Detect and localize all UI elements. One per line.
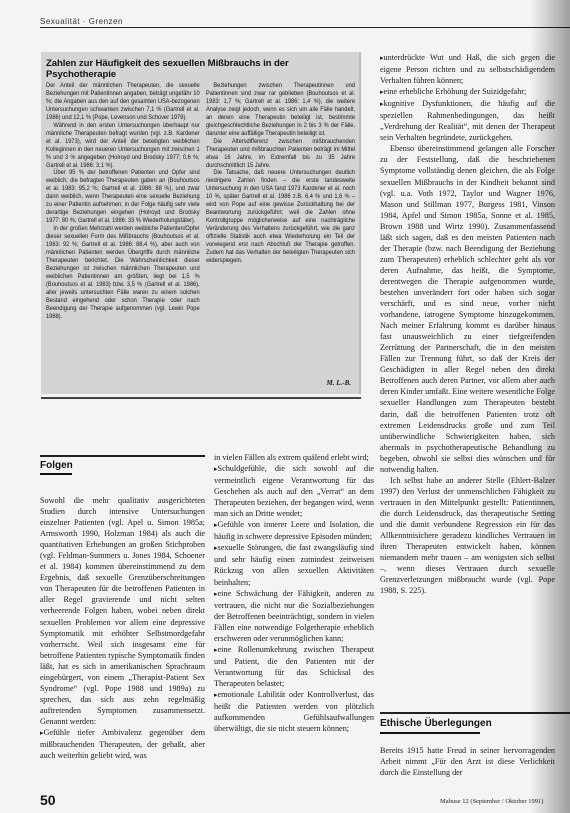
body-paragraph: Ich selbst habe an anderer Stelle (Ehler… <box>380 475 555 597</box>
text-column-3-ethik: Bereits 1915 hatte Freud in seiner hervo… <box>380 745 555 779</box>
section-title-folgen: Folgen <box>40 460 73 471</box>
box-paragraph: Die Altersdifferenz zwischen mißbrauchen… <box>206 138 355 170</box>
statistics-box: Zahlen zur Häufigkeit des sexuellen Mißb… <box>41 52 361 394</box>
box-paragraph: Der Anteil der männlichen Therapeuten, d… <box>46 82 200 122</box>
section-underline <box>380 732 480 734</box>
box-signature: M. L.-B. <box>327 379 352 387</box>
bullet-item: emotionale Labilität oder Kontrollverlus… <box>214 689 374 734</box>
bullet-item: Gefühle von innerer Leere und Isolation,… <box>214 519 374 542</box>
bullet-item: eine erhebliche Erhöhung der Suizidgefah… <box>380 86 555 98</box>
body-paragraph: in vielen Fällen als extrem quälend erle… <box>214 452 374 463</box>
body-paragraph: Ebenso übereinstimmend gelangen alle For… <box>380 143 555 474</box>
box-paragraph: Während in den ersten Untersuchungen übe… <box>46 122 200 170</box>
header-rule <box>40 27 570 28</box>
bullet-item: Gefühle tiefer Ambivalenz gegenüber dem … <box>40 727 205 761</box>
box-paragraph: Beziehungen zwischen Therapeutinnen und … <box>206 82 355 138</box>
bullet-item: sexuelle Störungen, die fast zwangsläufi… <box>214 542 374 587</box>
body-paragraph: Bereits 1915 hatte Freud in seiner hervo… <box>380 745 555 778</box>
section-rule <box>380 712 570 714</box>
box-bottom-rule <box>41 397 361 399</box>
section-title-ethik: Ethische Überlegungen <box>380 718 492 729</box>
section-underline <box>40 473 72 475</box>
text-column-2: in vielen Fällen als extrem quälend erle… <box>214 452 374 808</box>
bullet-item: eine Schwächung der Fähigkeit, anderen z… <box>214 588 374 644</box>
section-rule <box>40 455 205 457</box>
text-column-1: Sowohl die mehr qualitativ ausgerichtete… <box>40 495 205 785</box>
box-column-right: Beziehungen zwischen Therapeutinnen und … <box>206 82 355 352</box>
issue-info: Mabuse 12 (September / Oktober 1991) <box>440 798 543 805</box>
bullet-item: Schuldgefühle, die sich sowohl auf die v… <box>214 463 374 519</box>
box-paragraph: In der großen Mehrzahl werden weibliche … <box>46 225 200 320</box>
bullet-item: kognitive Dysfunktionen, die häufig auf … <box>380 98 555 143</box>
bullet-item: unterdrückte Wut und Haß, die sich gegen… <box>380 52 555 86</box>
text-column-3: unterdrückte Wut und Haß, die sich gegen… <box>380 52 555 680</box>
box-paragraph: Über 95 % der betroffenen Patienten und … <box>46 169 200 225</box>
magazine-page: Sexualität · Grenzen Zahlen zur Häufigke… <box>0 0 570 813</box>
bullet-item: eine Rollenumkehrung zwischen Therapeut … <box>214 644 374 689</box>
body-paragraph: Sowohl die mehr qualitativ ausgerichtete… <box>40 495 205 727</box>
box-title: Zahlen zur Häufigkeit des sexuellen Mißb… <box>46 58 359 80</box>
box-paragraph: Die Tatsache, daß neuere Untersuchungen … <box>206 169 355 264</box>
running-head: Sexualität · Grenzen <box>40 17 570 26</box>
box-column-left: Der Anteil der männlichen Therapeuten, d… <box>46 82 200 390</box>
page-number: 50 <box>40 792 56 808</box>
